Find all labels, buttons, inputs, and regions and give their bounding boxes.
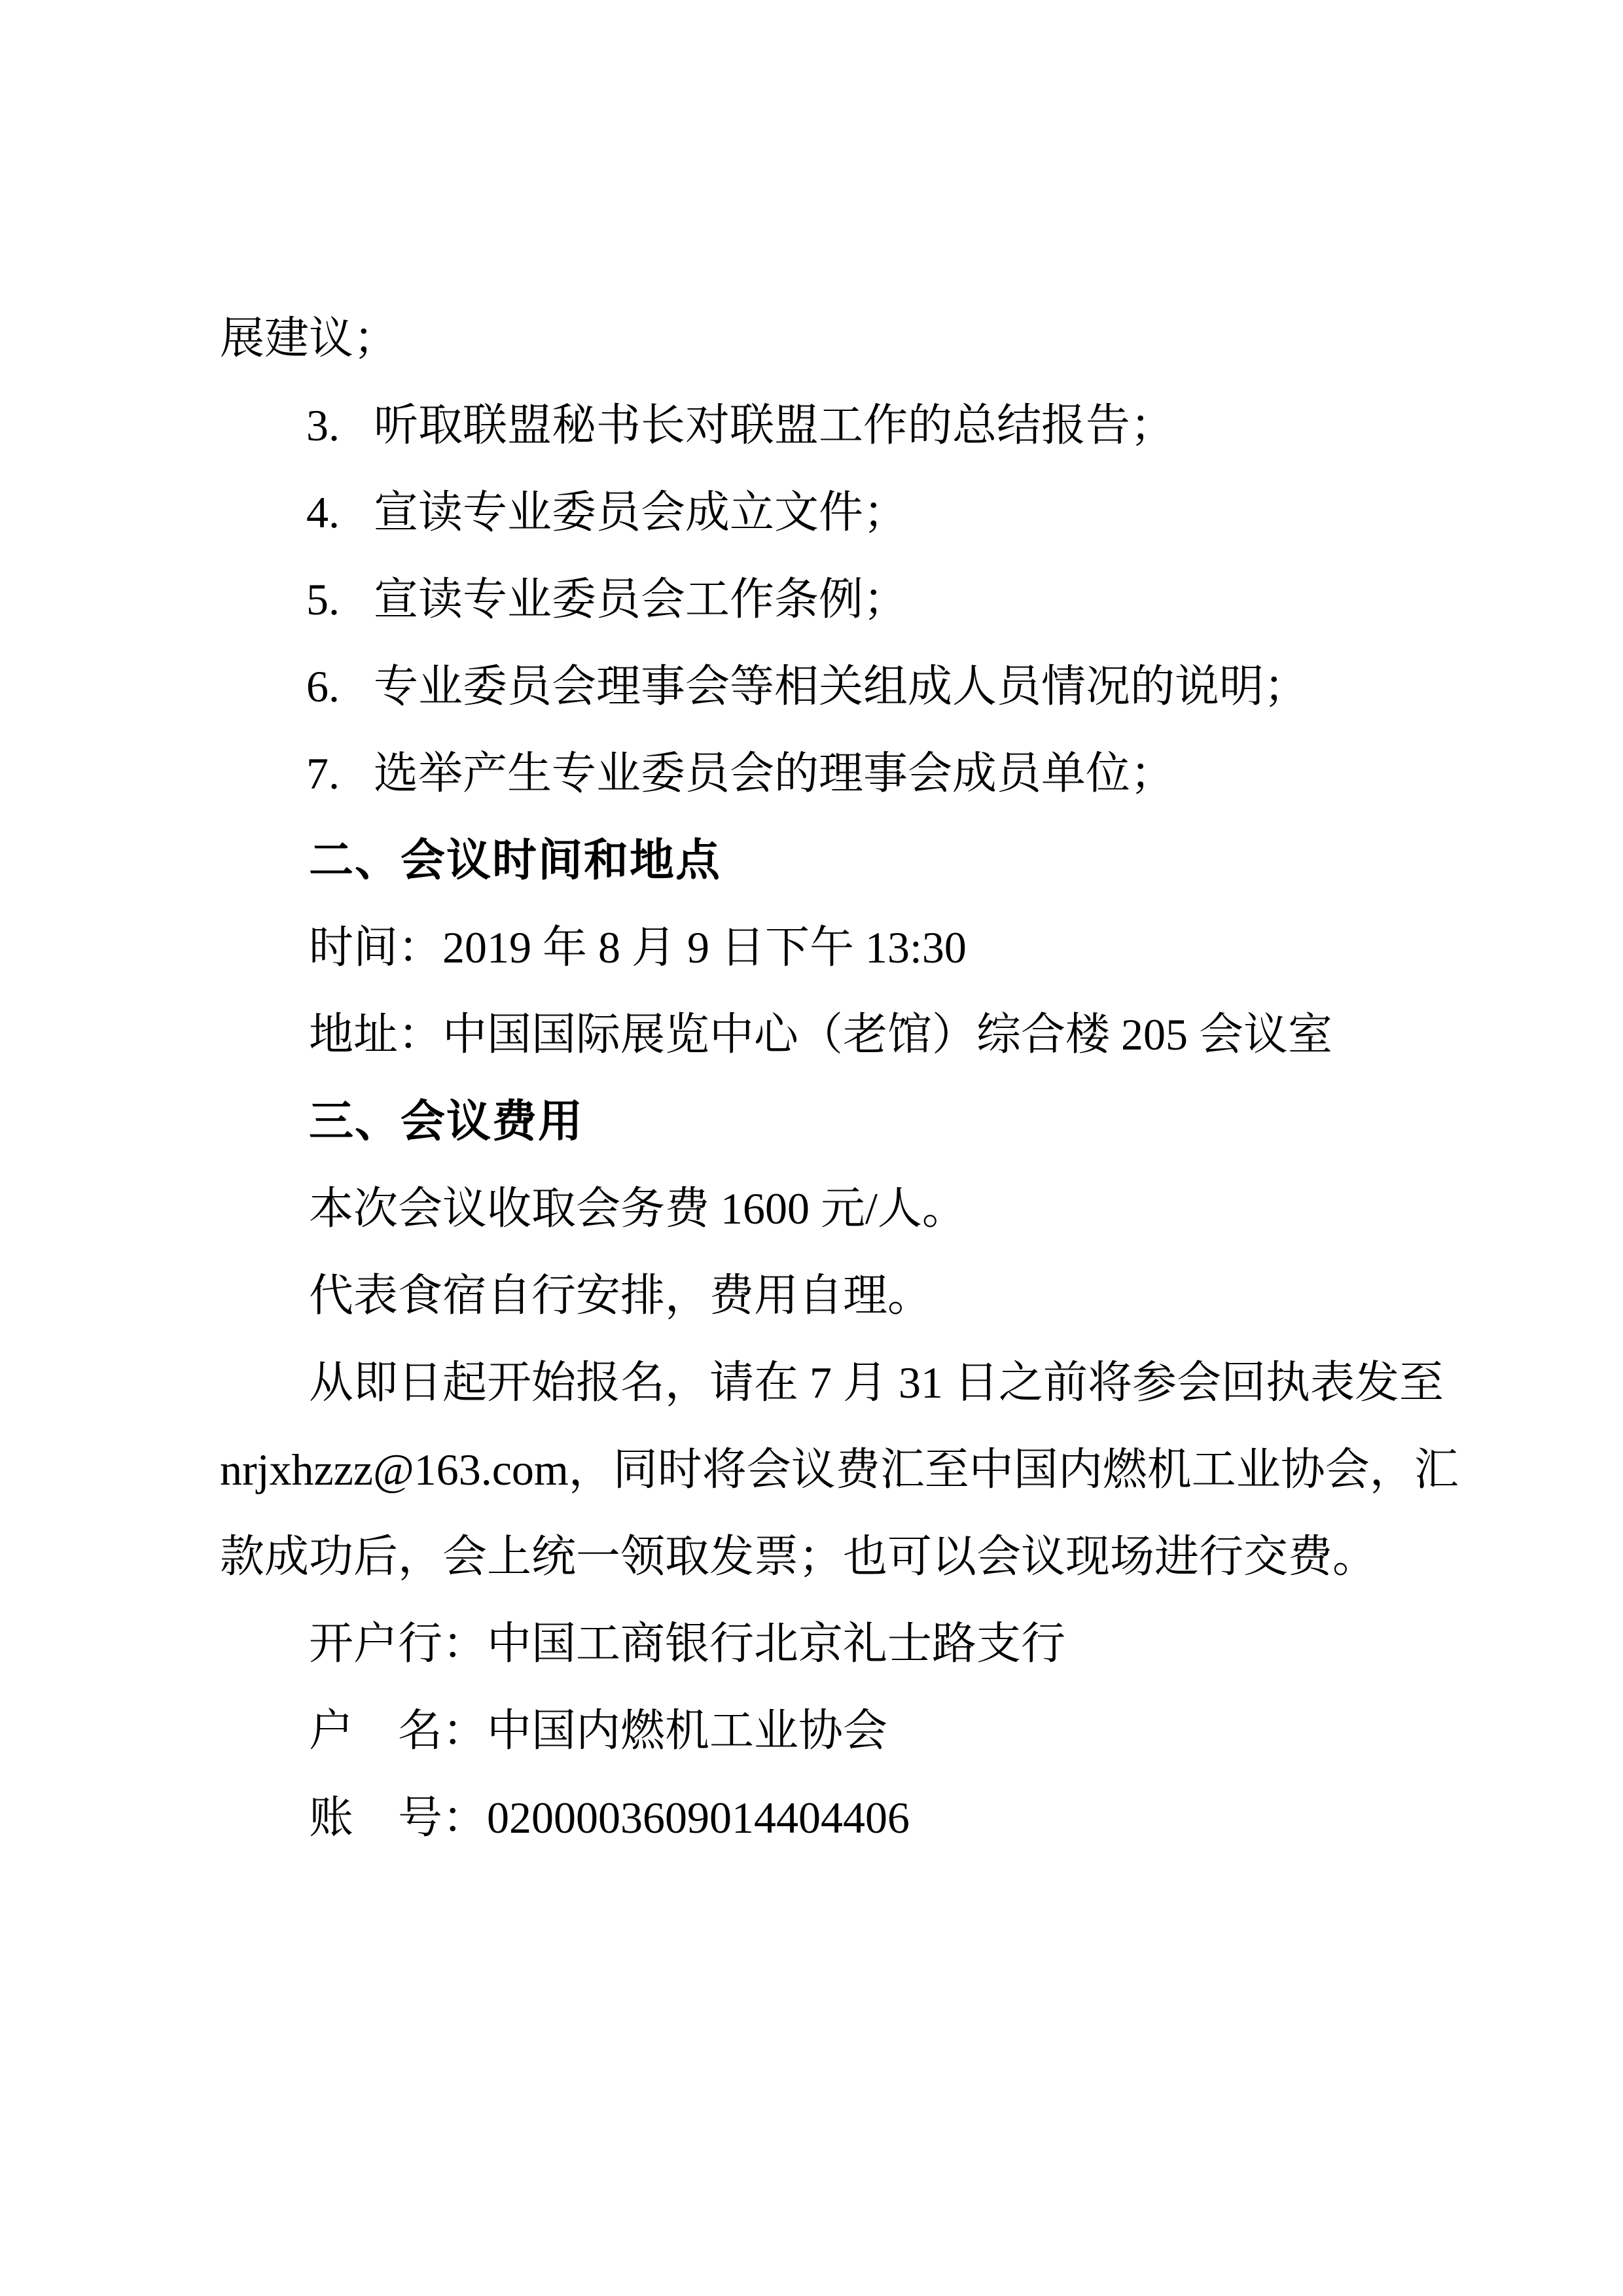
agenda-item-7-number: 7.	[306, 730, 340, 817]
agenda-item-7: 7.选举产生专业委员会的理事会成员单位；	[220, 730, 1407, 817]
registration-paragraph-line-3: 款成功后，会上统一领取发票；也可以会议现场进行交费。	[220, 1513, 1407, 1600]
registration-paragraph-line-1: 从即日起开始报名，请在 7 月 31 日之前将参会回执表发至	[220, 1339, 1407, 1426]
agenda-item-6: 6.专业委员会理事会等相关组成人员情况的说明；	[220, 643, 1407, 730]
agenda-item-4: 4.宣读专业委员会成立文件；	[220, 469, 1407, 556]
section-heading-time-location: 二、会议时间和地点	[220, 817, 1407, 904]
meeting-address-line: 地址：中国国际展览中心（老馆）综合楼 205 会议室	[220, 991, 1407, 1078]
agenda-item-5-number: 5.	[306, 556, 340, 643]
section-heading-fees: 三、会议费用	[220, 1078, 1407, 1165]
account-number-line: 账 号：0200003609014404406	[220, 1775, 1407, 1862]
agenda-item-4-number: 4.	[306, 469, 340, 556]
paragraph-continuation-line: 展建议；	[220, 295, 1407, 382]
agenda-item-6-number: 6.	[306, 643, 340, 730]
registration-paragraph-line-2: nrjxhzzz@163.com，同时将会议费汇至中国内燃机工业协会，汇	[220, 1426, 1407, 1513]
agenda-item-4-text: 宣读专业委员会成立文件；	[374, 487, 908, 537]
agenda-item-7-text: 选举产生专业委员会的理事会成员单位；	[374, 749, 1175, 798]
agenda-item-5-text: 宣读专业委员会工作条例；	[374, 574, 908, 624]
document-content: 展建议； 3.听取联盟秘书长对联盟工作的总结报告； 4.宣读专业委员会成立文件；…	[220, 295, 1407, 1862]
bank-branch-line: 开户行：中国工商银行北京礼士路支行	[220, 1600, 1407, 1687]
account-name-line: 户 名：中国内燃机工业协会	[220, 1687, 1407, 1775]
conference-fee-line: 本次会议收取会务费 1600 元/人。	[220, 1165, 1407, 1252]
meeting-time-line: 时间：2019 年 8 月 9 日下午 13:30	[220, 904, 1407, 991]
agenda-item-6-text: 专业委员会理事会等相关组成人员情况的说明；	[374, 662, 1308, 711]
document-page: 展建议； 3.听取联盟秘书长对联盟工作的总结报告； 4.宣读专业委员会成立文件；…	[0, 0, 1623, 2296]
agenda-item-3-number: 3.	[306, 382, 340, 469]
agenda-item-5: 5.宣读专业委员会工作条例；	[220, 556, 1407, 643]
accommodation-line: 代表食宿自行安排，费用自理。	[220, 1252, 1407, 1339]
agenda-item-3: 3.听取联盟秘书长对联盟工作的总结报告；	[220, 382, 1407, 469]
agenda-item-3-text: 听取联盟秘书长对联盟工作的总结报告；	[374, 400, 1175, 450]
